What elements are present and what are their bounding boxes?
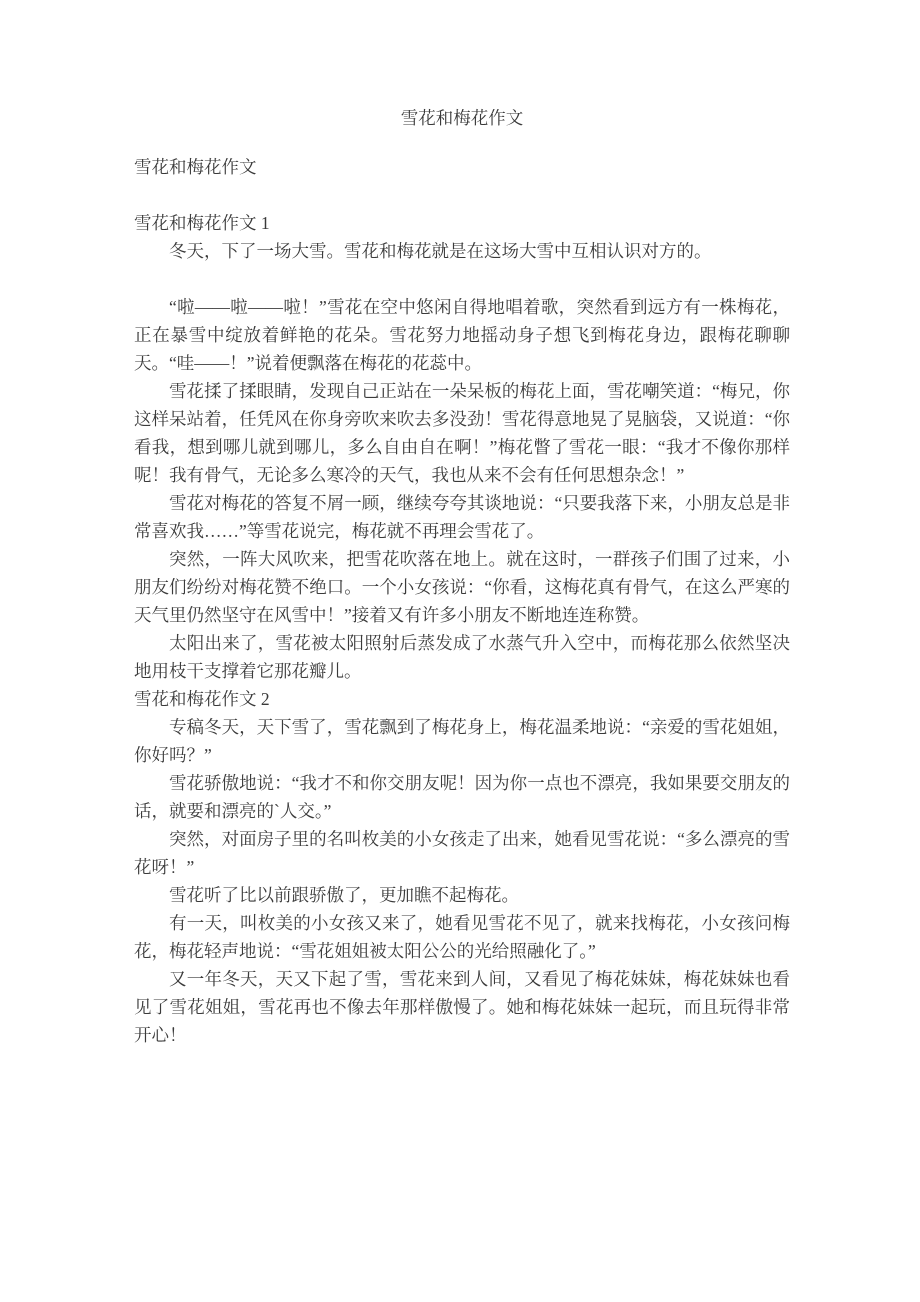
paragraph: 突然，一阵大风吹来，把雪花吹落在地上。就在这时，一群孩子们围了过来，小朋友们纷纷… [134, 545, 790, 629]
section-2: 雪花和梅花作文 2 专稿冬天，天下雪了，雪花飘到了梅花身上，梅花温柔地说：“亲爱… [134, 685, 790, 1049]
paragraph: 突然，对面房子里的名叫枚美的小女孩走了出来，她看见雪花说：“多么漂亮的雪花呀！” [134, 825, 790, 881]
paragraph: 雪花骄傲地说：“我才不和你交朋友呢！因为你一点也不漂亮，我如果要交朋友的话，就要… [134, 769, 790, 825]
section-2-heading: 雪花和梅花作文 2 [134, 685, 790, 713]
document-subtitle: 雪花和梅花作文 [134, 153, 790, 181]
document-page: 雪花和梅花作文 雪花和梅花作文 雪花和梅花作文 1 冬天，下了一场大雪。雪花和梅… [0, 0, 920, 1302]
document-title: 雪花和梅花作文 [134, 104, 790, 132]
paragraph: 又一年冬天，天又下起了雪，雪花来到人间，又看见了梅花妹妹，梅花妹妹也看见了雪花姐… [134, 965, 790, 1049]
blank-line [134, 265, 790, 293]
section-1: 雪花和梅花作文 1 冬天，下了一场大雪。雪花和梅花就是在这场大雪中互相认识对方的… [134, 209, 790, 685]
paragraph: 太阳出来了，雪花被太阳照射后蒸发成了水蒸气升入空中，而梅花那么依然坚决地用枝干支… [134, 629, 790, 685]
paragraph: 冬天，下了一场大雪。雪花和梅花就是在这场大雪中互相认识对方的。 [134, 237, 790, 265]
paragraph: 雪花听了比以前跟骄傲了，更加瞧不起梅花。 [134, 881, 790, 909]
paragraph: 雪花对梅花的答复不屑一顾，继续夸夸其谈地说：“只要我落下来，小朋友总是非常喜欢我… [134, 489, 790, 545]
paragraph: 专稿冬天，天下雪了，雪花飘到了梅花身上，梅花温柔地说：“亲爱的雪花姐姐，你好吗？… [134, 713, 790, 769]
paragraph: 雪花揉了揉眼睛，发现自己正站在一朵呆板的梅花上面，雪花嘲笑道：“梅兄，你这样呆站… [134, 377, 790, 489]
paragraph: 有一天，叫枚美的小女孩又来了，她看见雪花不见了，就来找梅花，小女孩问梅花，梅花轻… [134, 909, 790, 965]
section-1-heading: 雪花和梅花作文 1 [134, 209, 790, 237]
paragraph: “啦——啦——啦！”雪花在空中悠闲自得地唱着歌，突然看到远方有一株梅花，正在暴雪… [134, 293, 790, 377]
